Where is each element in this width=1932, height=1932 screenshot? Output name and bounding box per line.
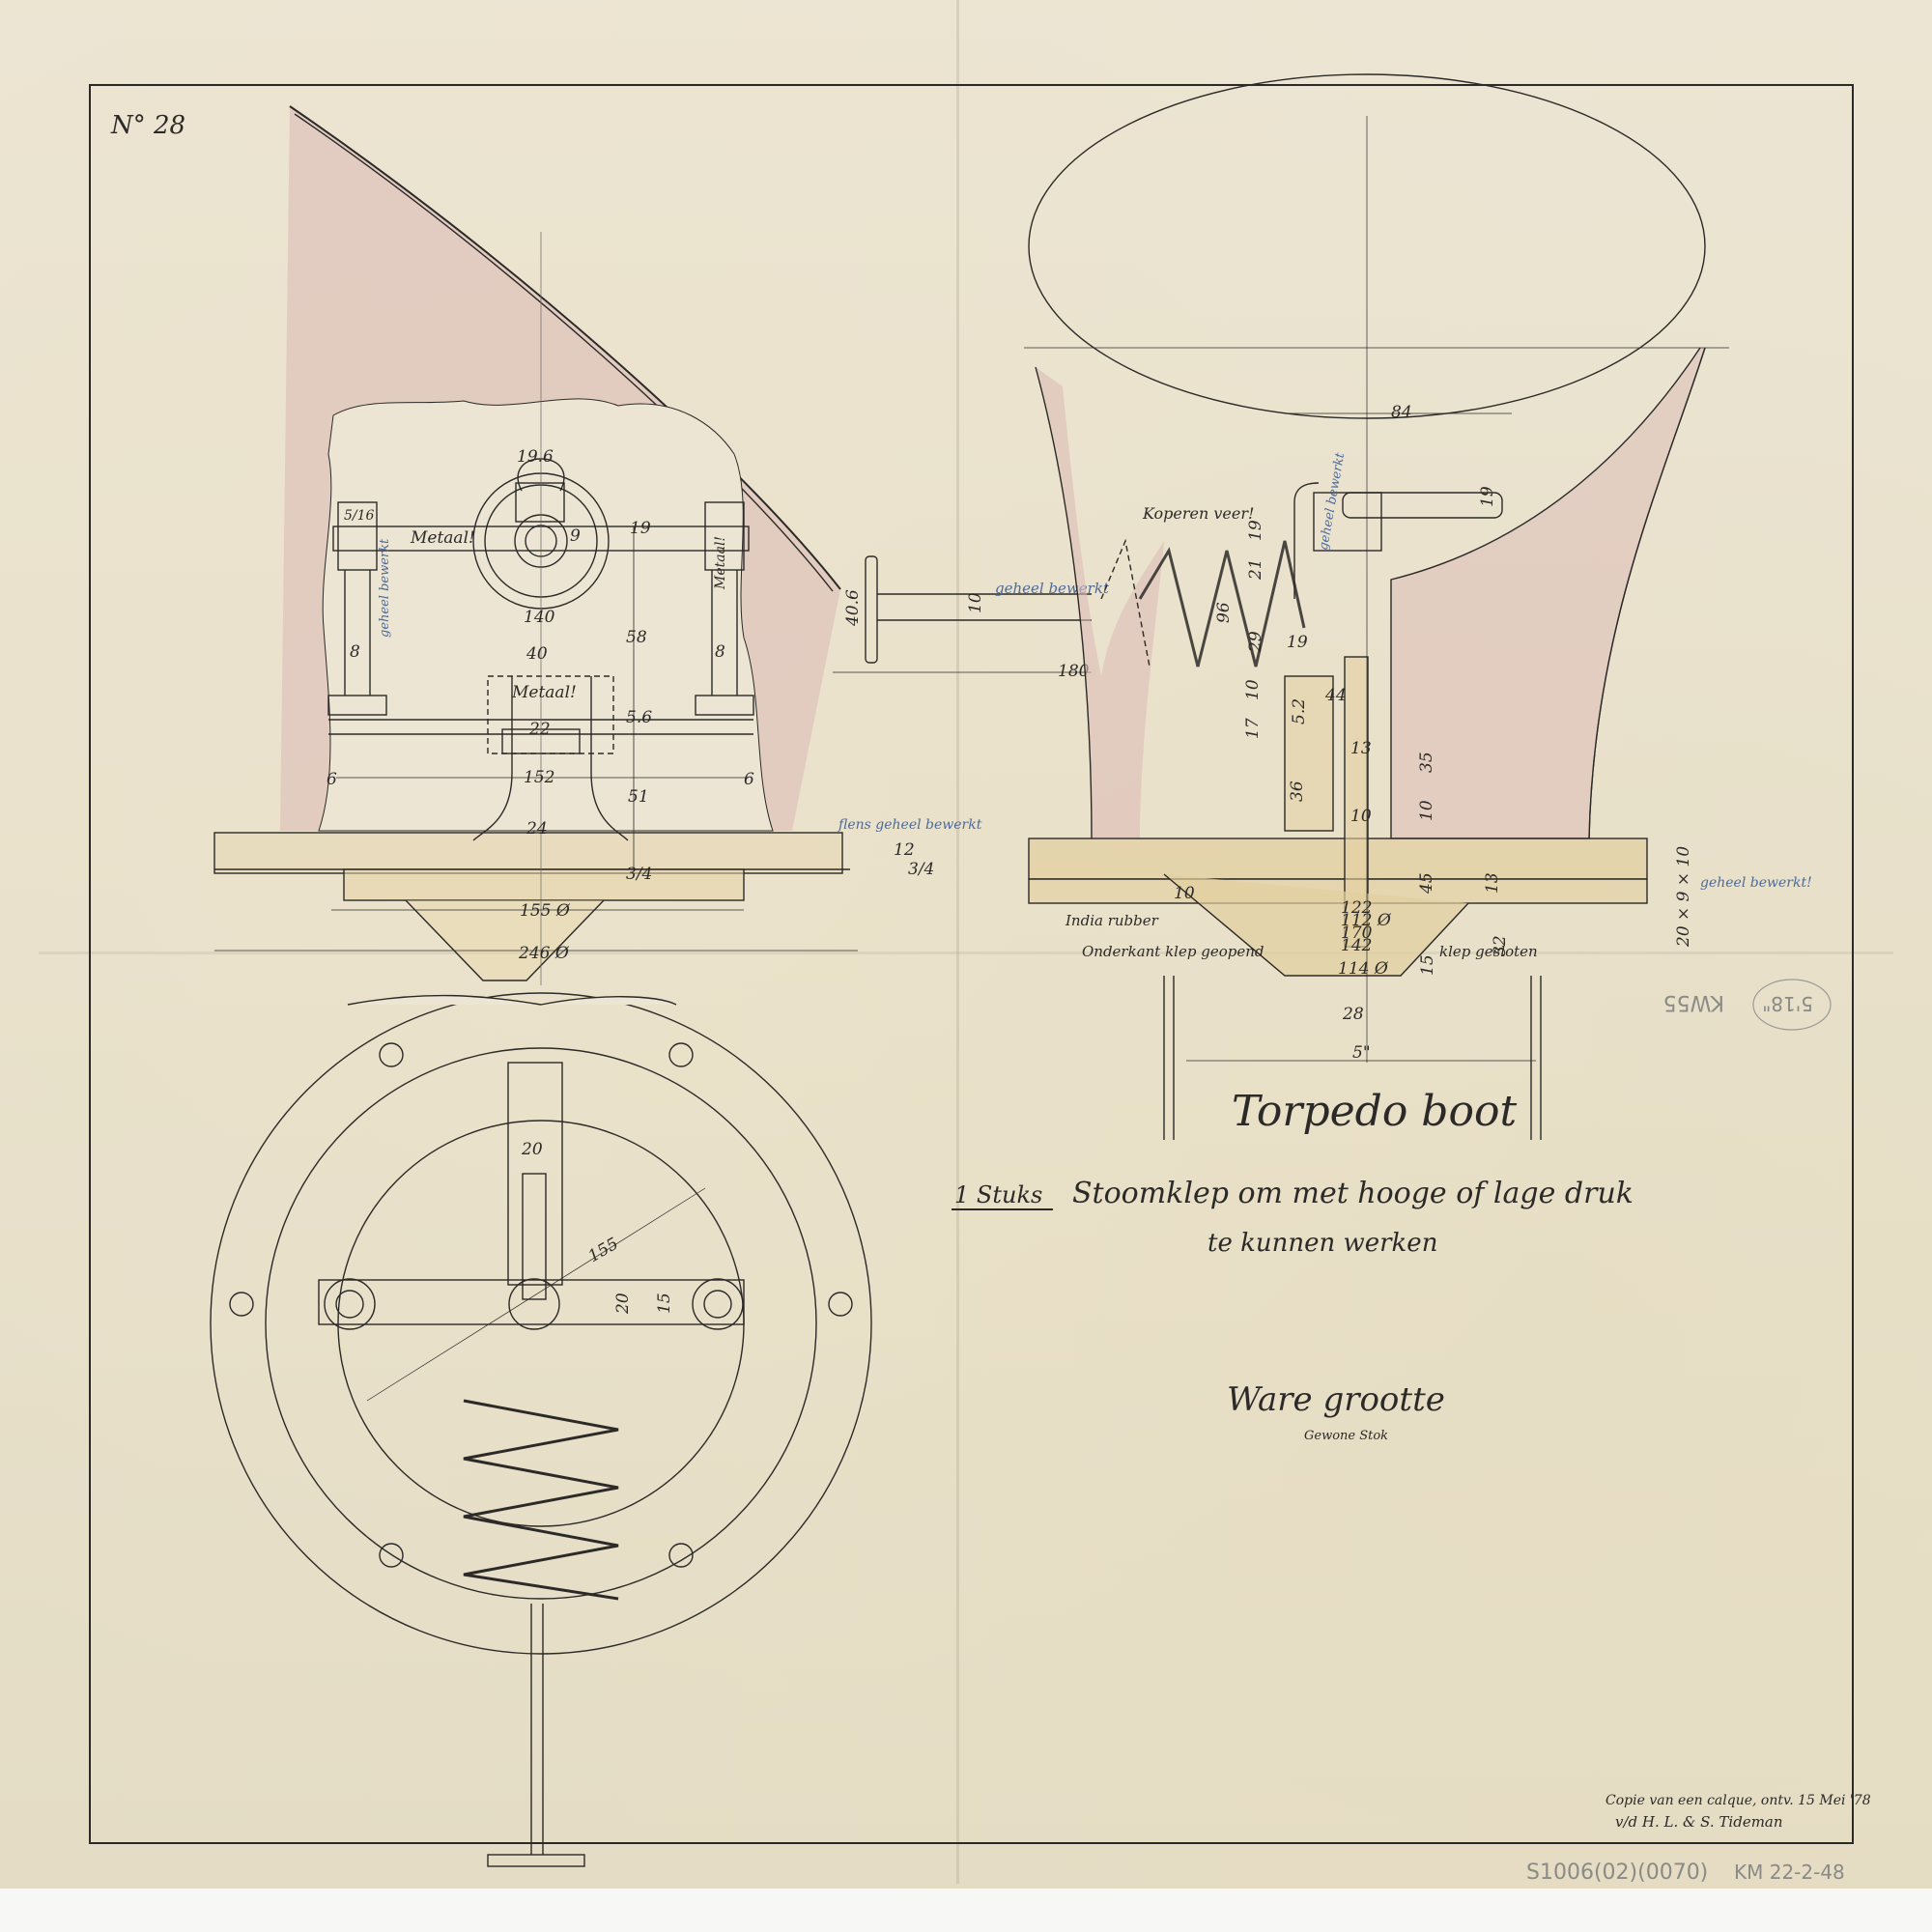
svg-text:flens geheel bewerkt: flens geheel bewerkt xyxy=(838,817,982,833)
svg-text:10: 10 xyxy=(1174,884,1195,903)
archive-code-2: KM 22-2-48 xyxy=(1734,1861,1845,1884)
svg-text:Metaal!: Metaal! xyxy=(511,683,577,702)
technical-drawing: N° 28 19.6 Metaal! 9 19 140 40 58 8 8 5/… xyxy=(0,0,1932,1932)
svg-text:geheel bewerkt: geheel bewerkt xyxy=(995,580,1110,597)
plan-view xyxy=(211,993,871,1866)
description-line-2: te kunnen werken xyxy=(1207,1229,1437,1258)
svg-text:84: 84 xyxy=(1391,403,1412,422)
svg-text:19: 19 xyxy=(1246,520,1265,541)
svg-text:36: 36 xyxy=(1288,781,1307,802)
svg-text:5.6: 5.6 xyxy=(626,708,652,727)
svg-text:155: 155 xyxy=(585,1235,622,1267)
svg-text:21: 21 xyxy=(1246,558,1265,581)
svg-text:Metaal!: Metaal! xyxy=(713,536,728,590)
svg-text:5/16: 5/16 xyxy=(344,508,375,524)
svg-text:44: 44 xyxy=(1324,686,1347,705)
svg-text:114 Ø: 114 Ø xyxy=(1338,959,1389,979)
svg-text:40.6: 40.6 xyxy=(843,589,863,627)
quantity-label: 1 Stuks xyxy=(954,1181,1042,1208)
svg-text:246 Ø: 246 Ø xyxy=(518,944,570,963)
svg-text:28: 28 xyxy=(1342,1005,1364,1024)
svg-text:20: 20 xyxy=(521,1140,543,1159)
svg-text:155 Ø: 155 Ø xyxy=(520,901,571,921)
svg-text:5.2: 5.2 xyxy=(1290,698,1309,724)
sheet-number: N° 28 xyxy=(110,111,185,140)
drawing-title: Torpedo boot xyxy=(1232,1087,1517,1136)
svg-text:10: 10 xyxy=(1417,800,1436,821)
svg-text:3/4: 3/4 xyxy=(908,860,934,879)
svg-text:geheel bewerkt!: geheel bewerkt! xyxy=(1700,875,1812,891)
svg-text:3/4: 3/4 xyxy=(626,865,652,884)
section-view xyxy=(1024,74,1729,1140)
svg-text:45: 45 xyxy=(1417,872,1436,895)
svg-text:Onderkant klep geopend: Onderkant klep geopend xyxy=(1082,943,1264,960)
scan-margin xyxy=(0,1889,1932,1932)
svg-text:Koperen veer!: Koperen veer! xyxy=(1142,504,1254,523)
svg-text:India rubber: India rubber xyxy=(1065,912,1159,929)
svg-text:10: 10 xyxy=(966,592,985,613)
svg-text:24: 24 xyxy=(526,819,548,838)
svg-text:19: 19 xyxy=(1287,633,1308,652)
svg-text:40: 40 xyxy=(526,644,548,664)
svg-text:10: 10 xyxy=(1350,807,1372,826)
svg-text:5": 5" xyxy=(1352,1043,1371,1063)
svg-text:19: 19 xyxy=(630,519,651,538)
svg-text:22: 22 xyxy=(528,720,551,739)
svg-text:15: 15 xyxy=(655,1293,674,1314)
spindle xyxy=(833,556,1092,672)
svg-text:10: 10 xyxy=(1243,679,1263,700)
pencil-mark-1: KW55 xyxy=(1663,990,1724,1014)
svg-text:8: 8 xyxy=(350,642,360,662)
copy-note-2: v/d H. L. & S. Tideman xyxy=(1615,1813,1783,1831)
svg-text:20 × 9 × 10: 20 × 9 × 10 xyxy=(1674,846,1693,948)
svg-text:6: 6 xyxy=(327,770,337,789)
svg-text:9: 9 xyxy=(570,526,581,546)
svg-text:6: 6 xyxy=(744,770,754,789)
svg-text:142: 142 xyxy=(1341,936,1372,955)
svg-text:19: 19 xyxy=(1478,486,1497,507)
svg-text:15: 15 xyxy=(1418,954,1437,976)
svg-text:8: 8 xyxy=(715,642,725,662)
copy-note-1: Copie van een calque, ontv. 15 Mei '78 xyxy=(1605,1793,1871,1808)
scale-label: Ware grootte xyxy=(1227,1380,1445,1419)
svg-text:96: 96 xyxy=(1214,602,1234,623)
svg-text:klep gesloten: klep gesloten xyxy=(1439,943,1538,960)
svg-text:58: 58 xyxy=(626,628,647,647)
svg-text:152: 152 xyxy=(524,768,554,787)
svg-text:12: 12 xyxy=(894,840,915,860)
svg-text:geheel bewerkt: geheel bewerkt xyxy=(378,538,392,638)
svg-text:13: 13 xyxy=(1350,739,1372,758)
svg-text:20: 20 xyxy=(613,1293,633,1315)
svg-text:19.6: 19.6 xyxy=(517,447,554,467)
svg-text:13: 13 xyxy=(1483,872,1502,894)
description-line-1: Stoomklep om met hooge of lage druk xyxy=(1072,1177,1634,1210)
archive-code: S1006(02)(0070) xyxy=(1526,1861,1708,1885)
svg-text:Metaal!: Metaal! xyxy=(410,528,475,548)
svg-text:29: 29 xyxy=(1246,631,1265,653)
svg-text:51: 51 xyxy=(628,787,649,807)
svg-text:140: 140 xyxy=(524,608,555,627)
side-view xyxy=(214,106,858,985)
svg-text:35: 35 xyxy=(1417,752,1436,773)
sub-scale-label: Gewone Stok xyxy=(1304,1429,1388,1443)
pencil-mark-2: 5'18" xyxy=(1762,992,1813,1015)
svg-text:17: 17 xyxy=(1243,718,1263,739)
